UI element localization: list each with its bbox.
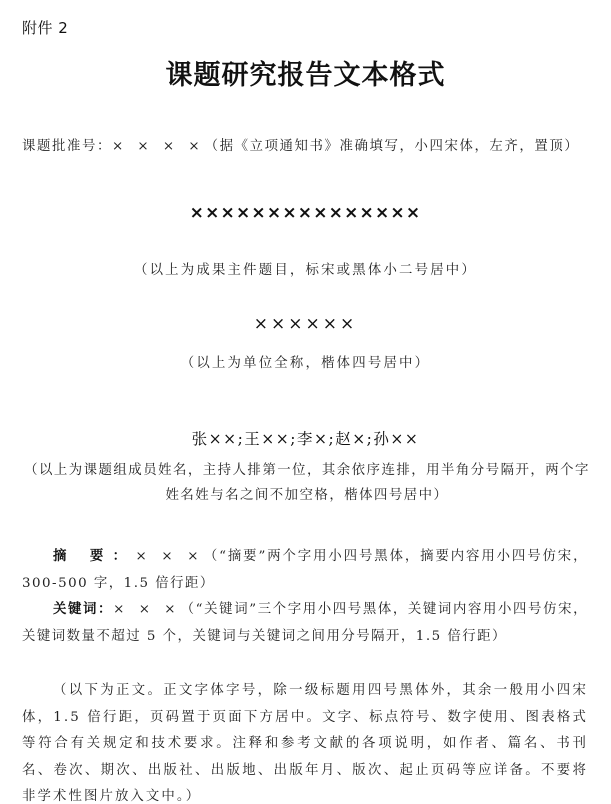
keywords-paragraph: 关键词：× × ×（“关键词”三个字用小四号黑体，关键词内容用小四号仿宋，关键词… (22, 597, 588, 650)
keywords-label: 关键词： (53, 602, 113, 617)
result-title-placeholder: ××××××××××××××× (0, 203, 611, 223)
abstract-paragraph: 摘 要：× × ×（“摘要”两个字用小四号黑体，摘要内容用小四号仿宋，300-5… (22, 544, 588, 597)
approval-number-instruction: （据《立项通知书》准确填写，小四宋体，左齐，置顶） (205, 139, 580, 154)
abstract-label: 摘 要： (53, 549, 135, 564)
approval-number-line: 课题批准号：× × × ×（据《立项通知书》准确填写，小四宋体，左齐，置顶） (22, 135, 579, 154)
document-title: 课题研究报告文本格式 (0, 53, 611, 92)
organization-placeholder: ×××××× (0, 314, 611, 334)
member-names-note: （以上为课题组成员姓名，主持人排第一位，其余依序连排，用半角分号隔开，两个字姓名… (22, 458, 592, 508)
keywords-placeholder: × × × (113, 602, 180, 617)
attachment-label: 附件 2 (22, 17, 68, 38)
approval-number-label: 课题批准号： (22, 139, 112, 154)
member-names: 张××;王××;李×;赵×;孙×× (0, 427, 611, 449)
result-title-note: （以上为成果主件题目，标宋或黑体小二号居中） (0, 259, 611, 278)
body-text-note: （以下为正文。正文字体字号，除一级标题用四号黑体外，其余一般用小四宋体，1.5 … (22, 678, 588, 804)
document-page: 附件 2 课题研究报告文本格式 课题批准号：× × × ×（据《立项通知书》准确… (0, 0, 611, 804)
approval-number-placeholder: × × × × (112, 139, 205, 154)
abstract-placeholder: × × × (135, 549, 203, 564)
organization-note: （以上为单位全称，楷体四号居中） (0, 352, 611, 371)
